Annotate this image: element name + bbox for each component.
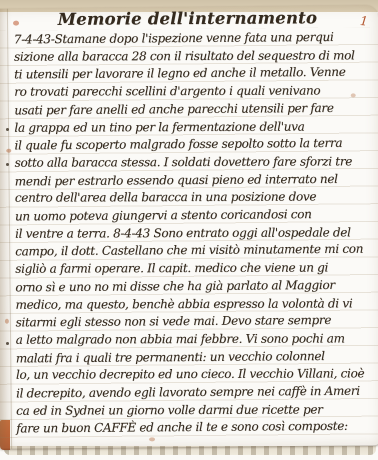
handwritten-line: ro trovati parecchi scellini d'argento i…: [14, 82, 373, 101]
handwritten-line: campo, il dott. Castellano che mi visitò…: [15, 241, 374, 262]
diary-photo: 1 Memorie dell'internamento 7-4-43-Stama…: [0, 0, 378, 460]
handwritten-line: sotto alla baracca stessa. I soldati dov…: [15, 153, 374, 172]
foxing-spot: [5, 319, 9, 324]
handwritten-line: lo, un vecchio decrepito ed uno cieco. I…: [16, 366, 375, 385]
handwritten-line: a letto malgrado non abbia mai febbre. V…: [16, 330, 375, 349]
handwritten-line: il decrepito, avendo egli lavorato sempr…: [16, 383, 375, 404]
handwritten-line: sigliò a farmi operare. Il capit. medico…: [15, 259, 374, 278]
handwritten-line: 7-4-43-Stamane dopo l'ispezione venne fa…: [14, 29, 373, 50]
foxing-spot: [149, 437, 155, 441]
handwritten-line: fare un buon CAFFÈ ed anche il te e sono…: [16, 418, 375, 439]
document-title: Memorie dell'internamento: [58, 8, 373, 29]
handwritten-line: il quale fu scoperto malgrado fosse sepo…: [14, 135, 373, 156]
margin-dot: [6, 128, 9, 131]
margin-dot: [6, 342, 9, 345]
foxing-spot: [6, 149, 11, 153]
handwritten-line: centro dell'area della baracca in una po…: [15, 189, 374, 208]
handwritten-line: usati per fare anelli ed anche parecchi …: [14, 99, 373, 120]
handwritten-line: sitarmi egli stesso non si vede mai. Dev…: [16, 312, 375, 333]
handwritten-line: orno sì e uno no mi disse che ha già par…: [15, 276, 374, 297]
margin-dot: [6, 163, 9, 166]
handwritten-text-block: Memorie dell'internamento 7-4-43-Stamane…: [14, 8, 376, 438]
handwritten-line: un uomo poteva giungervi a stento corica…: [15, 206, 374, 227]
handwritten-line: ti utensili per lavorare il legno ed anc…: [14, 64, 373, 85]
